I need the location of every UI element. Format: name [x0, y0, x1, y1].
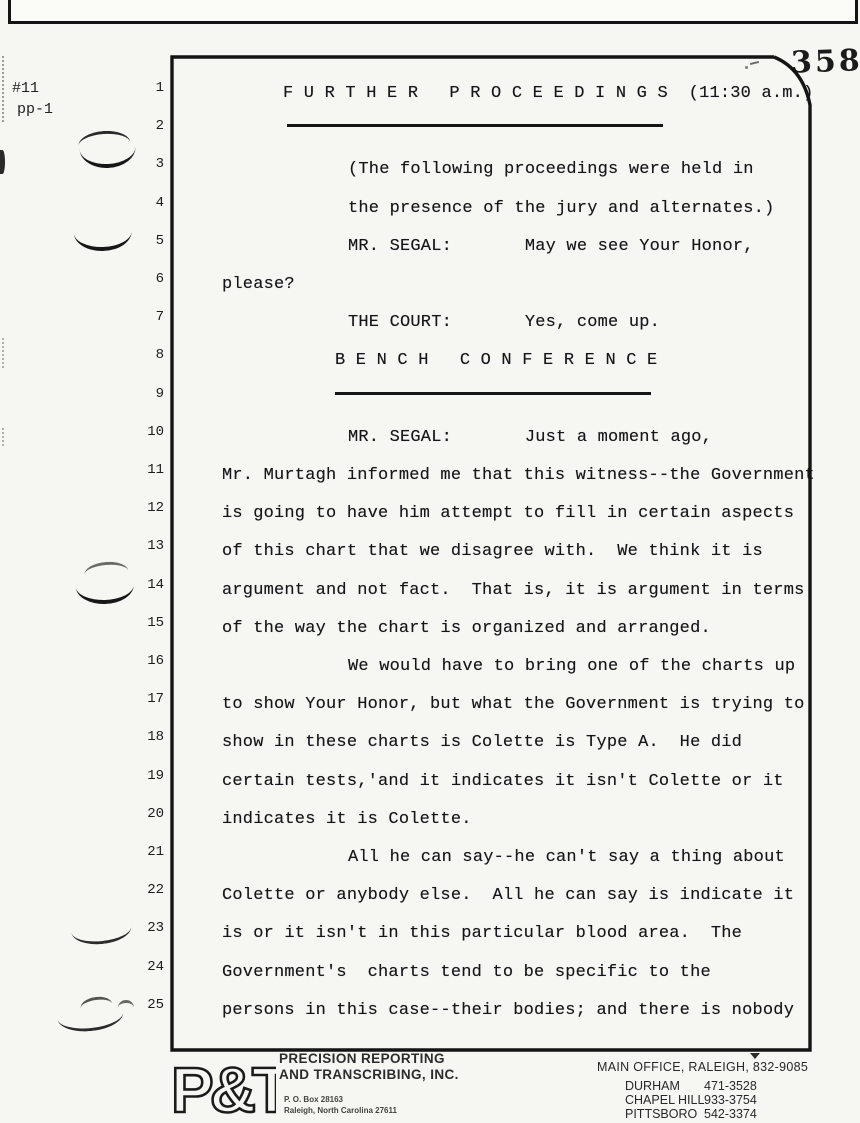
line-number: 12: [134, 500, 164, 516]
footer-branch-phone: 471-3528: [704, 1079, 757, 1093]
transcript-line-3: (The following proceedings were held in: [348, 160, 754, 180]
transcript-line-25: persons in this case--their bodies; and …: [222, 1001, 794, 1021]
transcript-line-11: Mr. Murtagh informed me that this witnes…: [222, 466, 815, 486]
transcript-line-14: argument and not fact. That is, it is ar…: [222, 581, 805, 601]
transcript-line-22: Colette or anybody else. All he can say …: [222, 886, 794, 906]
binder-mark: [79, 995, 112, 1010]
binder-mark: [57, 1011, 124, 1035]
transcript-line-19: certain tests,'and it indicates it isn't…: [222, 772, 784, 792]
transcript-line-20: indicates it is Colette.: [222, 810, 472, 830]
line-number: 6: [134, 271, 164, 287]
binder-mark: [118, 1000, 134, 1009]
binder-mark: [74, 229, 133, 252]
transcript-line-15: of the way the chart is organized and ar…: [222, 619, 711, 639]
line-number: 10: [134, 424, 164, 440]
line-number: 11: [134, 462, 164, 478]
line-number: 15: [134, 615, 164, 631]
heading-underline: [287, 124, 663, 127]
scan-artifact: [2, 338, 4, 368]
margin-note-exhibit: #11: [12, 80, 39, 97]
page-number-stamp: 3586: [790, 42, 860, 80]
bench-underline: [335, 392, 651, 395]
transcript-line-6: please?: [222, 275, 295, 295]
line-number: 23: [134, 920, 164, 936]
footer-branch-name: CHAPEL HILL: [625, 1093, 704, 1107]
previous-page-frame: [8, 0, 858, 24]
line-number: 19: [134, 768, 164, 784]
scan-artifact: [2, 56, 4, 122]
line-number: 20: [134, 806, 164, 822]
scan-artifact: [2, 428, 4, 446]
line-number: 25: [134, 997, 164, 1013]
line-number: 2: [134, 118, 164, 134]
footer-branch-name: PITTSBORO: [625, 1107, 697, 1121]
line-number: 18: [134, 729, 164, 745]
line-number: 17: [134, 691, 164, 707]
line-number: 22: [134, 882, 164, 898]
line-number: 13: [134, 538, 164, 554]
transcript-line-12: is going to have him attempt to fill in …: [222, 504, 794, 524]
footer-address-line1: P. O. Box 28163: [284, 1095, 343, 1104]
line-number: 3: [134, 156, 164, 172]
footer-address-line2: Raleigh, North Carolina 27611: [284, 1106, 397, 1115]
transcript-line-23: is or it isn't in this particular blood …: [222, 924, 742, 944]
binder-mark: [79, 145, 136, 170]
margin-note-page-ref: pp-1: [17, 101, 53, 118]
line-number: 9: [134, 386, 164, 402]
line-number: 8: [134, 347, 164, 363]
footer-company-line2: AND TRANSCRIBING, INC.: [279, 1067, 459, 1082]
transcript-line-10: MR. SEGAL: Just a moment ago,: [348, 428, 712, 448]
footer-main-office: MAIN OFFICE, RALEIGH, 832-9085: [597, 1060, 808, 1074]
transcript-page: { "colors": { "paper": "#f6f6f3", "ink":…: [0, 0, 860, 1123]
transcript-line-4: the presence of the jury and alternates.…: [348, 199, 774, 219]
transcript-line-18: show in these charts is Colette is Type …: [222, 733, 742, 753]
line-number: 24: [134, 959, 164, 975]
line-number: 1: [134, 80, 164, 96]
transcript-line-5: MR. SEGAL: May we see Your Honor,: [348, 237, 754, 257]
line-number: 4: [134, 195, 164, 211]
binder-mark: [76, 583, 135, 605]
stray-mark: [745, 66, 748, 69]
transcript-line-17: to show Your Honor, but what the Governm…: [222, 695, 805, 715]
transcript-line-1: F U R T H E R P R O C E E D I N G S (11:…: [283, 84, 814, 104]
pt-logo-text: P&T.: [171, 1054, 276, 1123]
scan-artifact: [0, 150, 5, 174]
line-number: 5: [134, 233, 164, 249]
line-number: 14: [134, 577, 164, 593]
transcript-line-21: All he can say--he can't say a thing abo…: [348, 848, 785, 868]
transcript-line-8: B E N C H C O N F E R E N C E: [335, 351, 657, 371]
transcript-line-16: We would have to bring one of the charts…: [348, 657, 795, 677]
footer-branch-phone: 542-3374: [704, 1107, 757, 1121]
footer-branch-name: DURHAM: [625, 1079, 680, 1093]
transcript-line-24: Government's charts tend to be specific …: [222, 963, 711, 983]
line-number: 16: [134, 653, 164, 669]
pt-logo: P&T.: [170, 1052, 276, 1123]
binder-mark: [84, 560, 129, 577]
stray-mark: [750, 61, 759, 65]
footer-branch-phone: 933-3754: [704, 1093, 757, 1107]
footer-company-line1: PRECISION REPORTING: [279, 1051, 445, 1066]
line-number: 7: [134, 309, 164, 325]
transcript-line-7: THE COURT: Yes, come up.: [348, 313, 660, 333]
line-number: 21: [134, 844, 164, 860]
down-arrow-icon: [750, 1053, 760, 1059]
transcript-line-13: of this chart that we disagree with. We …: [222, 542, 763, 562]
binder-mark: [71, 925, 132, 947]
